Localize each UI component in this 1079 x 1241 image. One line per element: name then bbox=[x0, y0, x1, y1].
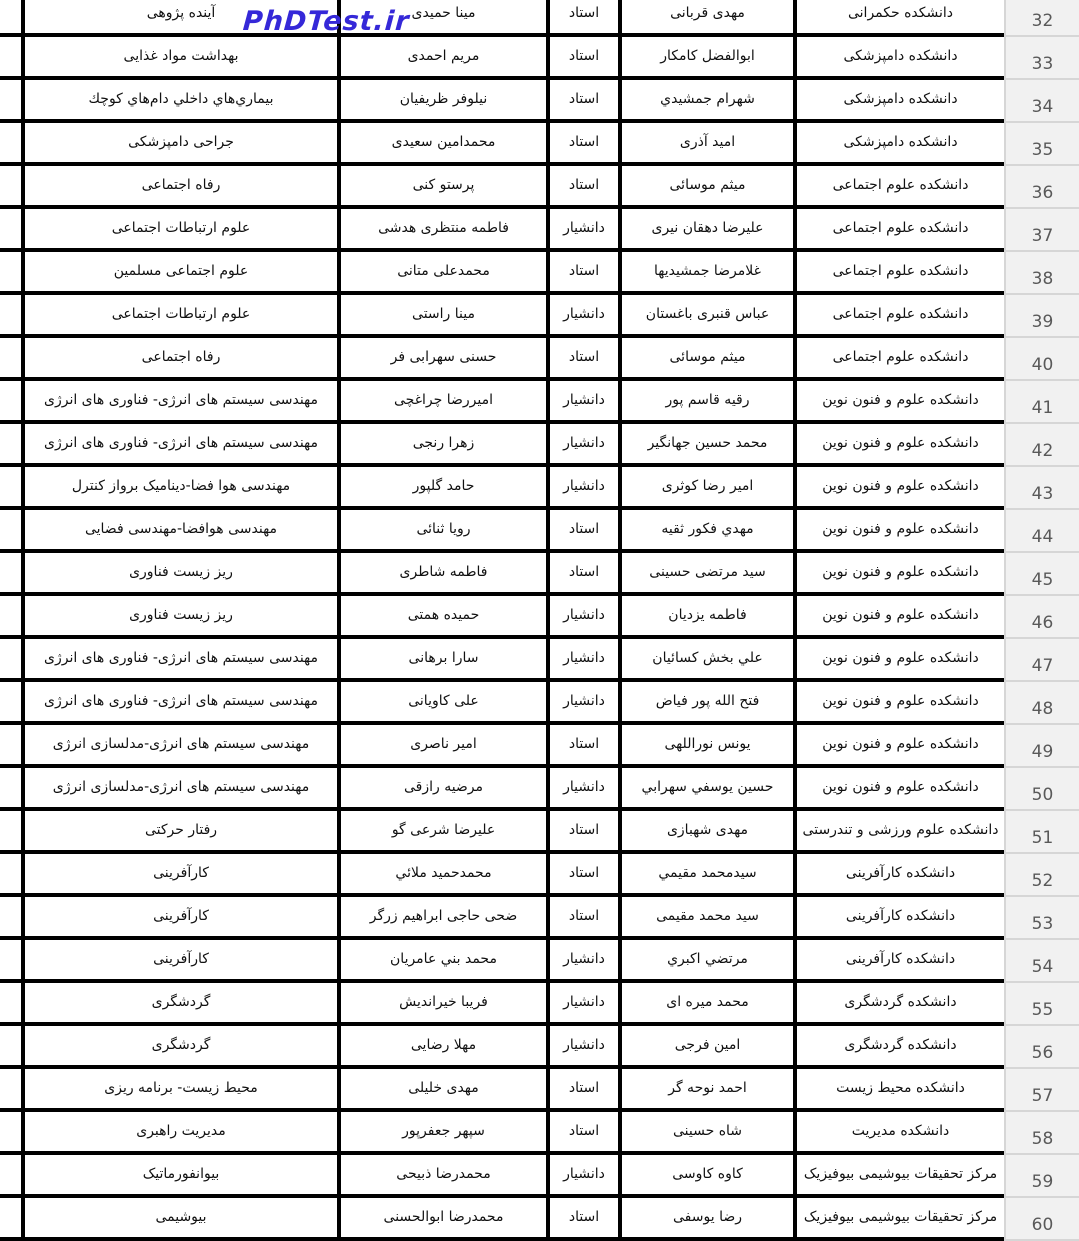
cell-academic-rank[interactable]: استاد bbox=[546, 897, 618, 940]
cell-second-name[interactable]: محمد بني عامریان bbox=[337, 940, 546, 983]
cell-professor-name[interactable]: کاوه کاوسی bbox=[618, 1155, 793, 1198]
cell-professor-name[interactable]: امید آذری bbox=[618, 123, 793, 166]
row-number-header[interactable]: 55 bbox=[1004, 983, 1079, 1026]
row-number-header[interactable]: 36 bbox=[1004, 166, 1079, 209]
row-number-header[interactable]: 38 bbox=[1004, 252, 1079, 295]
left-edge-partial-cell bbox=[0, 1026, 21, 1069]
cell-faculty[interactable]: دانشکده علوم ورزشی و تندرستی bbox=[793, 811, 1004, 854]
cell-faculty[interactable]: مرکز تحقیقات بیوشیمی بیوفیزیک bbox=[793, 1198, 1004, 1241]
row-number-header[interactable]: 49 bbox=[1004, 725, 1079, 768]
cell-professor-name[interactable]: محمد حسین جهانگیر bbox=[618, 424, 793, 467]
cell-research-field[interactable]: گردشگری bbox=[21, 983, 337, 1026]
cell-faculty[interactable]: دانشکده علوم و فنون نوین bbox=[793, 510, 1004, 553]
cell-academic-rank[interactable]: دانشیار bbox=[546, 983, 618, 1026]
cell-second-name[interactable]: مهدی خلیلی bbox=[337, 1069, 546, 1112]
cell-research-field[interactable]: علوم ارتباطات اجتماعی bbox=[21, 209, 337, 252]
table-row: کارآفرینی ضحی حاجی ابراهیم زرگر استاد سی… bbox=[0, 897, 1079, 940]
cell-professor-name[interactable]: ابوالفضل کامکار bbox=[618, 37, 793, 80]
cell-second-name[interactable]: محمدرضا ذبیحی bbox=[337, 1155, 546, 1198]
cell-academic-rank[interactable]: استاد bbox=[546, 37, 618, 80]
cell-professor-name[interactable]: حسین یوسفي سهرابي bbox=[618, 768, 793, 811]
cell-research-field[interactable]: کارآفرینی bbox=[21, 940, 337, 983]
cell-research-field[interactable]: بیوانفورماتیک bbox=[21, 1155, 337, 1198]
table-row: ریز زیست فناوری حمیده همتی دانشیار فاطمه… bbox=[0, 596, 1079, 639]
cell-second-name[interactable]: امیر ناصری bbox=[337, 725, 546, 768]
cell-research-field[interactable]: مهندسی سیستم های انرژی- فناوری های انرژی bbox=[21, 639, 337, 682]
left-edge-partial-cell bbox=[0, 768, 21, 811]
cell-second-name[interactable]: محمدحمید ملائي bbox=[337, 854, 546, 897]
table-row: بهداشت مواد غذایی مریم احمدی استاد ابوال… bbox=[0, 37, 1079, 80]
cell-research-field[interactable]: مدیریت راهبری bbox=[21, 1112, 337, 1155]
cell-academic-rank[interactable]: استاد bbox=[546, 0, 618, 37]
cell-research-field[interactable]: گردشگری bbox=[21, 1026, 337, 1069]
row-number-header[interactable]: 42 bbox=[1004, 424, 1079, 467]
cell-faculty[interactable]: دانشکده علوم و فنون نوین bbox=[793, 467, 1004, 510]
cell-professor-name[interactable]: عباس قنبری باغستان bbox=[618, 295, 793, 338]
left-edge-partial-cell bbox=[0, 252, 21, 295]
cell-second-name[interactable]: علی کاویانی bbox=[337, 682, 546, 725]
cell-faculty[interactable]: دانشکده کارآفرینی bbox=[793, 940, 1004, 983]
row-number-header[interactable]: 33 bbox=[1004, 37, 1079, 80]
cell-second-name[interactable]: فاطمه شاطری bbox=[337, 553, 546, 596]
left-edge-partial-cell bbox=[0, 940, 21, 983]
cell-research-field[interactable]: بیماري‌هاي داخلي دام‌هاي کوچك bbox=[21, 80, 337, 123]
left-edge-partial-cell bbox=[0, 510, 21, 553]
cell-research-field[interactable]: کارآفرینی bbox=[21, 897, 337, 940]
row-number-header[interactable]: 41 bbox=[1004, 381, 1079, 424]
cell-faculty[interactable]: دانشکده علوم و فنون نوین bbox=[793, 596, 1004, 639]
left-edge-partial-cell bbox=[0, 467, 21, 510]
cell-research-field[interactable]: ریز زیست فناوری bbox=[21, 596, 337, 639]
cell-professor-name[interactable]: رضا یوسفی bbox=[618, 1198, 793, 1241]
cell-research-field[interactable]: بهداشت مواد غذایی bbox=[21, 37, 337, 80]
cell-academic-rank[interactable]: استاد bbox=[546, 80, 618, 123]
row-number-header[interactable]: 54 bbox=[1004, 940, 1079, 983]
cell-research-field[interactable]: مهندسی سیستم های انرژی- فناوری های انرژی bbox=[21, 424, 337, 467]
table-row: کارآفرینی محمدحمید ملائي استاد سیدمحمد م… bbox=[0, 854, 1079, 897]
cell-academic-rank[interactable]: دانشیار bbox=[546, 209, 618, 252]
cell-academic-rank[interactable]: دانشیار bbox=[546, 682, 618, 725]
cell-research-field[interactable]: مهندسی هوافضا-مهندسی فضایی bbox=[21, 510, 337, 553]
cell-faculty[interactable]: دانشکده علوم اجتماعی bbox=[793, 209, 1004, 252]
cell-second-name[interactable]: سارا برهانی bbox=[337, 639, 546, 682]
cell-academic-rank[interactable]: دانشیار bbox=[546, 424, 618, 467]
table-row: محیط زیست- برنامه ریزی مهدی خلیلی استاد … bbox=[0, 1069, 1079, 1112]
spreadsheet-screenshot: PhDTest.ir آینده پژوهی مینا حمیدی استاد … bbox=[0, 0, 1079, 1241]
cell-academic-rank[interactable]: استاد bbox=[546, 166, 618, 209]
table-row: مهندسی هوافضا-مهندسی فضایی رویا ثنائی اس… bbox=[0, 510, 1079, 553]
cell-research-field[interactable]: رفاه اجتماعی bbox=[21, 338, 337, 381]
row-number-header[interactable]: 58 bbox=[1004, 1112, 1079, 1155]
left-edge-partial-cell bbox=[0, 725, 21, 768]
cell-professor-name[interactable]: یونس نوراللهی bbox=[618, 725, 793, 768]
left-edge-partial-cell bbox=[0, 1069, 21, 1112]
cell-academic-rank[interactable]: استاد bbox=[546, 854, 618, 897]
cell-professor-name[interactable]: میثم موسائی bbox=[618, 338, 793, 381]
cell-research-field[interactable]: کارآفرینی bbox=[21, 854, 337, 897]
cell-second-name[interactable]: مرضیه رازقی bbox=[337, 768, 546, 811]
cell-research-field[interactable]: بیوشیمی bbox=[21, 1198, 337, 1241]
cell-second-name[interactable]: مینا حمیدی bbox=[337, 0, 546, 37]
table-row: بیوانفورماتیک محمدرضا ذبیحی دانشیار کاوه… bbox=[0, 1155, 1079, 1198]
cell-second-name[interactable]: رویا ثنائی bbox=[337, 510, 546, 553]
cell-faculty[interactable]: دانشکده محیط زیست bbox=[793, 1069, 1004, 1112]
left-edge-partial-cell bbox=[0, 295, 21, 338]
cell-second-name[interactable]: علیرضا شرعی گو bbox=[337, 811, 546, 854]
cell-academic-rank[interactable]: دانشیار bbox=[546, 381, 618, 424]
row-number-header[interactable]: 50 bbox=[1004, 768, 1079, 811]
left-edge-partial-cell bbox=[0, 37, 21, 80]
cell-academic-rank[interactable]: دانشیار bbox=[546, 596, 618, 639]
cell-academic-rank[interactable]: استاد bbox=[546, 252, 618, 295]
row-number-header[interactable]: 59 bbox=[1004, 1155, 1079, 1198]
cell-professor-name[interactable]: سیدمحمد مقیمي bbox=[618, 854, 793, 897]
cell-second-name[interactable]: امیررضا چراغچی bbox=[337, 381, 546, 424]
cell-faculty[interactable]: دانشکده دامپزشکی bbox=[793, 123, 1004, 166]
row-number-header[interactable]: 40 bbox=[1004, 338, 1079, 381]
left-edge-partial-cell bbox=[0, 682, 21, 725]
row-number-header[interactable]: 44 bbox=[1004, 510, 1079, 553]
row-number-header[interactable]: 48 bbox=[1004, 682, 1079, 725]
cell-faculty[interactable]: دانشکده علوم و فنون نوین bbox=[793, 381, 1004, 424]
cell-academic-rank[interactable]: استاد bbox=[546, 123, 618, 166]
cell-second-name[interactable]: زهرا رنجی bbox=[337, 424, 546, 467]
table-row: علوم اجتماعی مسلمین محمدعلی متانی استاد … bbox=[0, 252, 1079, 295]
cell-academic-rank[interactable]: دانشیار bbox=[546, 768, 618, 811]
cell-academic-rank[interactable]: استاد bbox=[546, 1069, 618, 1112]
professors-table: آینده پژوهی مینا حمیدی استاد مهدی قربانی… bbox=[0, 0, 1079, 1241]
cell-second-name[interactable]: مینا راستی bbox=[337, 295, 546, 338]
cell-faculty[interactable]: دانشکده کارآفرینی bbox=[793, 854, 1004, 897]
cell-faculty[interactable]: دانشکده علوم اجتماعی bbox=[793, 295, 1004, 338]
cell-academic-rank[interactable]: استاد bbox=[546, 725, 618, 768]
cell-professor-name[interactable]: مهدی شهبازی bbox=[618, 811, 793, 854]
left-edge-partial-cell bbox=[0, 0, 21, 37]
cell-academic-rank[interactable]: استاد bbox=[546, 811, 618, 854]
cell-professor-name[interactable]: امین فرجی bbox=[618, 1026, 793, 1069]
cell-research-field[interactable]: علوم ارتباطات اجتماعی bbox=[21, 295, 337, 338]
cell-professor-name[interactable]: علي بخش کسائیان bbox=[618, 639, 793, 682]
table-row: کارآفرینی محمد بني عامریان دانشیار مرتضي… bbox=[0, 940, 1079, 983]
cell-faculty[interactable]: دانشکده دامپزشکی bbox=[793, 80, 1004, 123]
cell-second-name[interactable]: مریم احمدی bbox=[337, 37, 546, 80]
table-row: بیماري‌هاي داخلي دام‌هاي کوچك نیلوفر ظری… bbox=[0, 80, 1079, 123]
row-number-header[interactable]: 60 bbox=[1004, 1198, 1079, 1241]
cell-professor-name[interactable]: سید مرتضی حسینی bbox=[618, 553, 793, 596]
cell-faculty[interactable]: مرکز تحقیقات بیوشیمی بیوفیزیک bbox=[793, 1155, 1004, 1198]
cell-research-field[interactable]: جراحی دامپزشکی bbox=[21, 123, 337, 166]
table-row: رفتار حرکتی علیرضا شرعی گو استاد مهدی شه… bbox=[0, 811, 1079, 854]
cell-academic-rank[interactable]: دانشیار bbox=[546, 295, 618, 338]
cell-faculty[interactable]: دانشکده علوم اجتماعی bbox=[793, 338, 1004, 381]
table-row: ریز زیست فناوری فاطمه شاطری استاد سید مر… bbox=[0, 553, 1079, 596]
row-number-header[interactable]: 57 bbox=[1004, 1069, 1079, 1112]
cell-research-field[interactable]: آینده پژوهی bbox=[21, 0, 337, 37]
table-row: آینده پژوهی مینا حمیدی استاد مهدی قربانی… bbox=[0, 0, 1079, 37]
cell-academic-rank[interactable]: دانشیار bbox=[546, 1026, 618, 1069]
cell-faculty[interactable]: دانشکده دامپزشکی bbox=[793, 37, 1004, 80]
left-edge-partial-cell bbox=[0, 1198, 21, 1241]
left-edge-partial-cell bbox=[0, 553, 21, 596]
cell-faculty[interactable]: دانشکده گردشگری bbox=[793, 1026, 1004, 1069]
cell-faculty[interactable]: دانشکده گردشگری bbox=[793, 983, 1004, 1026]
left-edge-partial-cell bbox=[0, 424, 21, 467]
cell-second-name[interactable]: حامد گلپور bbox=[337, 467, 546, 510]
cell-academic-rank[interactable]: استاد bbox=[546, 1198, 618, 1241]
cell-professor-name[interactable]: غلامرضا جمشیدیها bbox=[618, 252, 793, 295]
cell-academic-rank[interactable]: دانشیار bbox=[546, 940, 618, 983]
left-edge-partial-cell bbox=[0, 854, 21, 897]
row-number-header[interactable]: 37 bbox=[1004, 209, 1079, 252]
cell-research-field[interactable]: ریز زیست فناوری bbox=[21, 553, 337, 596]
cell-professor-name[interactable]: میثم موسائی bbox=[618, 166, 793, 209]
cell-faculty[interactable]: دانشکده علوم اجتماعی bbox=[793, 252, 1004, 295]
cell-academic-rank[interactable]: استاد bbox=[546, 338, 618, 381]
cell-second-name[interactable]: حمیده همتی bbox=[337, 596, 546, 639]
left-edge-partial-cell bbox=[0, 1155, 21, 1198]
row-number-header[interactable]: 51 bbox=[1004, 811, 1079, 854]
cell-professor-name[interactable]: مهدي فکور ثقیه bbox=[618, 510, 793, 553]
cell-faculty[interactable]: دانشکده علوم و فنون نوین bbox=[793, 725, 1004, 768]
cell-research-field[interactable]: رفاه اجتماعی bbox=[21, 166, 337, 209]
cell-research-field[interactable]: رفتار حرکتی bbox=[21, 811, 337, 854]
cell-second-name[interactable]: نیلوفر ظریفیان bbox=[337, 80, 546, 123]
cell-professor-name[interactable]: سید محمد مقیمی bbox=[618, 897, 793, 940]
cell-faculty[interactable]: دانشکده علوم و فنون نوین bbox=[793, 682, 1004, 725]
cell-second-name[interactable]: محمدامین سعیدی bbox=[337, 123, 546, 166]
row-number-header[interactable]: 39 bbox=[1004, 295, 1079, 338]
left-edge-partial-cell bbox=[0, 381, 21, 424]
cell-faculty[interactable]: دانشکده حکمرانی bbox=[793, 0, 1004, 37]
left-edge-partial-cell bbox=[0, 338, 21, 381]
cell-professor-name[interactable]: فاطمه یزدیان bbox=[618, 596, 793, 639]
cell-professor-name[interactable]: مرتضي اکبري bbox=[618, 940, 793, 983]
row-number-header[interactable]: 35 bbox=[1004, 123, 1079, 166]
cell-second-name[interactable]: سپهر جعفرپور bbox=[337, 1112, 546, 1155]
row-number-header[interactable]: 53 bbox=[1004, 897, 1079, 940]
cell-professor-name[interactable]: شاه حسینی bbox=[618, 1112, 793, 1155]
cell-professor-name[interactable]: رقیه قاسم پور bbox=[618, 381, 793, 424]
cell-second-name[interactable]: فاطمه منتظری هدشی bbox=[337, 209, 546, 252]
cell-faculty[interactable]: دانشکده مدیریت bbox=[793, 1112, 1004, 1155]
cell-research-field[interactable]: مهندسی سیستم های انرژی- فناوری های انرژی bbox=[21, 682, 337, 725]
cell-second-name[interactable]: مهلا رضایی bbox=[337, 1026, 546, 1069]
left-edge-partial-cell bbox=[0, 123, 21, 166]
table-row: مهندسی هوا فضا-دینامیک برواز کنترل حامد … bbox=[0, 467, 1079, 510]
table-row: مهندسی سیستم های انرژی- فناوری های انرژی… bbox=[0, 424, 1079, 467]
cell-professor-name[interactable]: فتح الله پور فیاض bbox=[618, 682, 793, 725]
cell-faculty[interactable]: دانشکده علوم و فنون نوین bbox=[793, 553, 1004, 596]
left-edge-partial-cell bbox=[0, 897, 21, 940]
cell-academic-rank[interactable]: دانشیار bbox=[546, 467, 618, 510]
cell-second-name[interactable]: حسنی سهرابی فر bbox=[337, 338, 546, 381]
cell-academic-rank[interactable]: استاد bbox=[546, 510, 618, 553]
table-row: مهندسی سیستم های انرژی- فناوری های انرژی… bbox=[0, 381, 1079, 424]
row-number-header[interactable]: 45 bbox=[1004, 553, 1079, 596]
cell-faculty[interactable]: دانشکده علوم و فنون نوین bbox=[793, 768, 1004, 811]
table-row: مهندسی سیستم های انرژی- فناوری های انرژی… bbox=[0, 639, 1079, 682]
cell-second-name[interactable]: پرستو کنی bbox=[337, 166, 546, 209]
table-row: مدیریت راهبری سپهر جعفرپور استاد شاه حسی… bbox=[0, 1112, 1079, 1155]
cell-professor-name[interactable]: شهرام جمشیدي bbox=[618, 80, 793, 123]
cell-academic-rank[interactable]: دانشیار bbox=[546, 1155, 618, 1198]
table-row: بیوشیمی محمدرضا ابوالحسنی استاد رضا یوسف… bbox=[0, 1198, 1079, 1241]
left-edge-partial-cell bbox=[0, 639, 21, 682]
cell-academic-rank[interactable]: استاد bbox=[546, 553, 618, 596]
row-number-header[interactable]: 32 bbox=[1004, 0, 1079, 37]
table-row: رفاه اجتماعی حسنی سهرابی فر استاد میثم م… bbox=[0, 338, 1079, 381]
row-number-header[interactable]: 56 bbox=[1004, 1026, 1079, 1069]
cell-professor-name[interactable]: مهدی قربانی bbox=[618, 0, 793, 37]
cell-research-field[interactable]: مهندسی هوا فضا-دینامیک برواز کنترل bbox=[21, 467, 337, 510]
cell-academic-rank[interactable]: دانشیار bbox=[546, 639, 618, 682]
cell-professor-name[interactable]: امیر رضا کوثری bbox=[618, 467, 793, 510]
row-number-header[interactable]: 46 bbox=[1004, 596, 1079, 639]
row-number-header[interactable]: 52 bbox=[1004, 854, 1079, 897]
cell-faculty[interactable]: دانشکده علوم اجتماعی bbox=[793, 166, 1004, 209]
cell-second-name[interactable]: ضحی حاجی ابراهیم زرگر bbox=[337, 897, 546, 940]
cell-second-name[interactable]: محمدرضا ابوالحسنی bbox=[337, 1198, 546, 1241]
table-row: مهندسی سیستم های انرژی-مدلسازی انرژی مرض… bbox=[0, 768, 1079, 811]
table-row: مهندسی سیستم های انرژی- فناوری های انرژی… bbox=[0, 682, 1079, 725]
row-number-header[interactable]: 47 bbox=[1004, 639, 1079, 682]
left-edge-partial-cell bbox=[0, 983, 21, 1026]
cell-academic-rank[interactable]: استاد bbox=[546, 1112, 618, 1155]
cell-professor-name[interactable]: محمد میره ای bbox=[618, 983, 793, 1026]
cell-professor-name[interactable]: علیرضا دهقان نیری bbox=[618, 209, 793, 252]
row-number-header[interactable]: 34 bbox=[1004, 80, 1079, 123]
table-row: گردشگری فریبا خیراندیش دانشیار محمد میره… bbox=[0, 983, 1079, 1026]
table-row: رفاه اجتماعی پرستو کنی استاد میثم موسائی… bbox=[0, 166, 1079, 209]
left-edge-partial-cell bbox=[0, 80, 21, 123]
table-row: گردشگری مهلا رضایی دانشیار امین فرجی دان… bbox=[0, 1026, 1079, 1069]
cell-research-field[interactable]: علوم اجتماعی مسلمین bbox=[21, 252, 337, 295]
table-row: علوم ارتباطات اجتماعی فاطمه منتظری هدشی … bbox=[0, 209, 1079, 252]
cell-second-name[interactable]: فریبا خیراندیش bbox=[337, 983, 546, 1026]
cell-faculty[interactable]: دانشکده علوم و فنون نوین bbox=[793, 424, 1004, 467]
cell-second-name[interactable]: محمدعلی متانی bbox=[337, 252, 546, 295]
cell-research-field[interactable]: مهندسی سیستم های انرژی- فناوری های انرژی bbox=[21, 381, 337, 424]
cell-professor-name[interactable]: احمد نوحه گر bbox=[618, 1069, 793, 1112]
left-edge-partial-cell bbox=[0, 209, 21, 252]
cell-research-field[interactable]: مهندسی سیستم های انرژی-مدلسازی انرژی bbox=[21, 768, 337, 811]
cell-research-field[interactable]: محیط زیست- برنامه ریزی bbox=[21, 1069, 337, 1112]
table-row: مهندسی سیستم های انرژی-مدلسازی انرژی امی… bbox=[0, 725, 1079, 768]
row-number-header[interactable]: 43 bbox=[1004, 467, 1079, 510]
cell-faculty[interactable]: دانشکده علوم و فنون نوین bbox=[793, 639, 1004, 682]
table-row: جراحی دامپزشکی محمدامین سعیدی استاد امید… bbox=[0, 123, 1079, 166]
left-edge-partial-cell bbox=[0, 1112, 21, 1155]
cell-research-field[interactable]: مهندسی سیستم های انرژی-مدلسازی انرژی bbox=[21, 725, 337, 768]
cell-faculty[interactable]: دانشکده کارآفرینی bbox=[793, 897, 1004, 940]
table-row: علوم ارتباطات اجتماعی مینا راستی دانشیار… bbox=[0, 295, 1079, 338]
left-edge-partial-cell bbox=[0, 166, 21, 209]
left-edge-partial-cell bbox=[0, 596, 21, 639]
left-edge-partial-cell bbox=[0, 811, 21, 854]
